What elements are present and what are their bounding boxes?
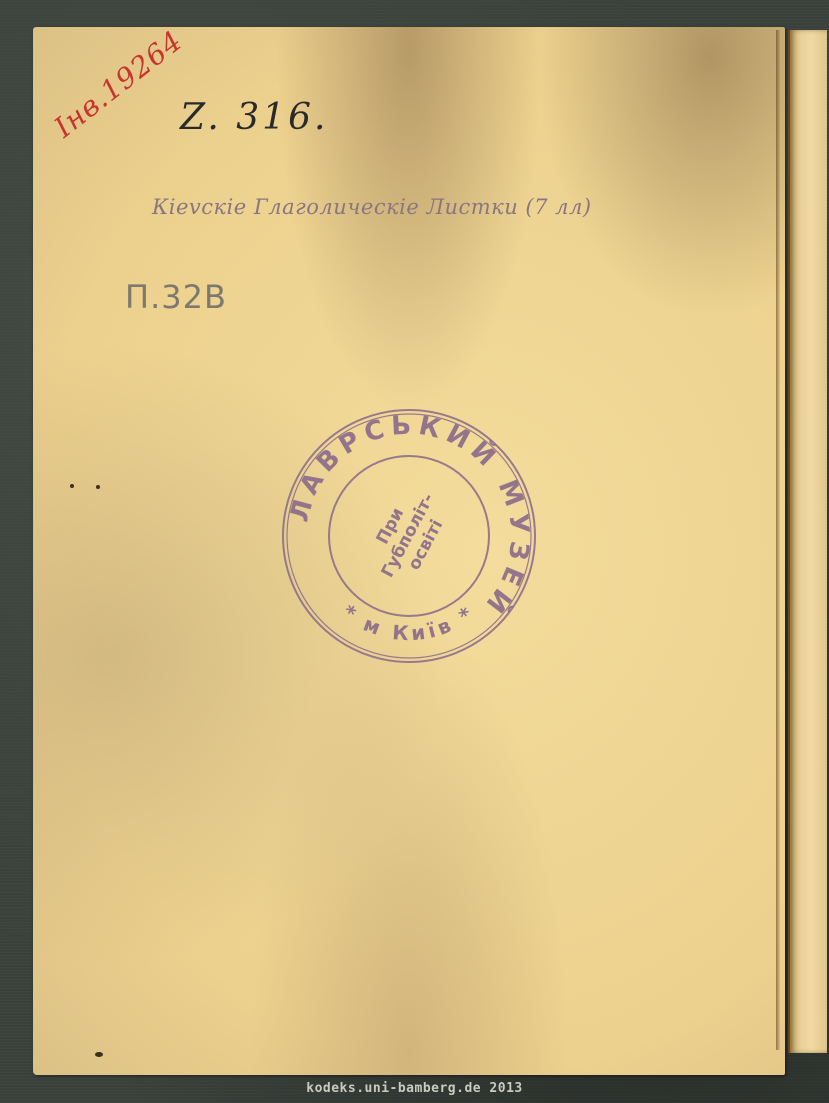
stamp-bottom-text: * м Київ * xyxy=(338,600,480,646)
museum-stamp: ЛАВРСЬКИЙ МУЗЕЙ * м Київ * При Губполіт-… xyxy=(278,405,540,667)
page-fold-shadow xyxy=(776,30,780,1050)
shelf-mark: Z. 316. xyxy=(180,97,328,138)
paper-speck xyxy=(96,485,100,489)
paper-speck xyxy=(95,1052,103,1057)
svg-text:* м Київ *: * м Київ * xyxy=(338,600,480,646)
page-edges xyxy=(788,30,827,1053)
source-watermark: kodeks.uni-bamberg.de 2013 xyxy=(0,1081,829,1096)
title-note: Кievскiе Глаголическiе Листки (7 лл) xyxy=(152,195,592,219)
stamp-graphic: ЛАВРСЬКИЙ МУЗЕЙ * м Київ * При Губполіт-… xyxy=(278,405,540,667)
pencil-mark: П.32В xyxy=(125,278,227,316)
paper-speck xyxy=(70,484,74,488)
